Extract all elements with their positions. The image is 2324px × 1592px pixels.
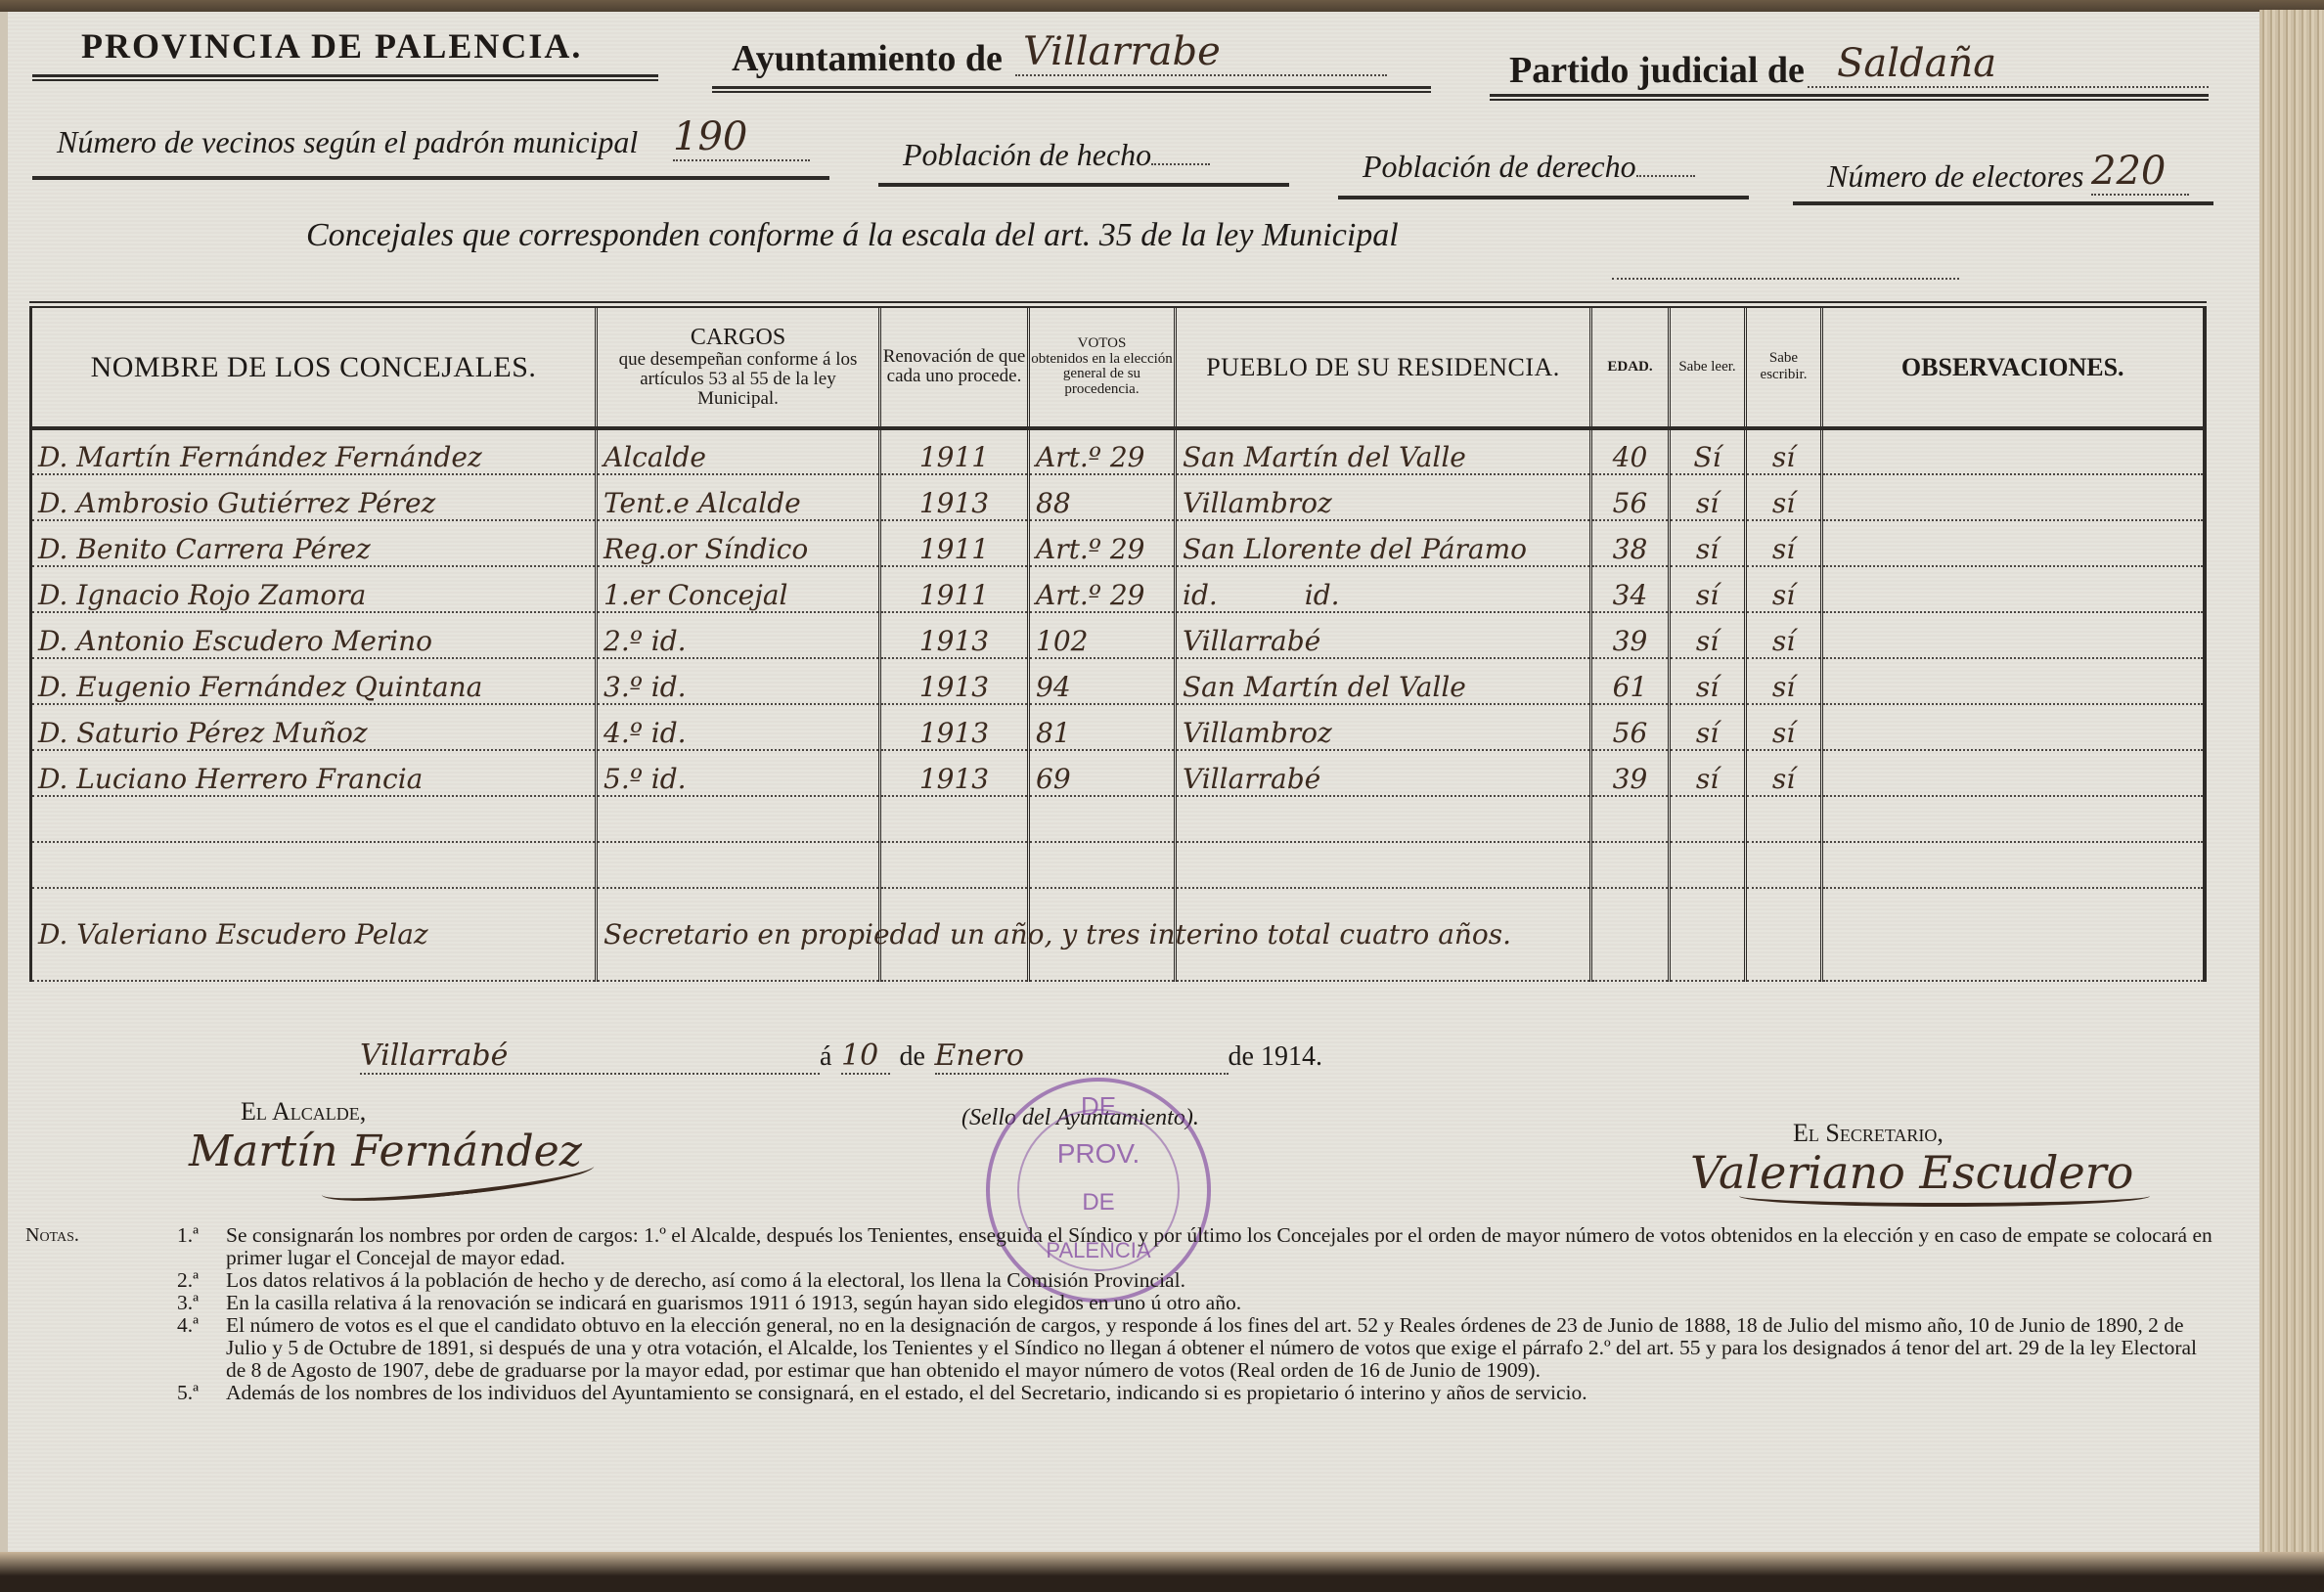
note-item: 1.ªSe consignarán los nombres por orden …	[25, 1224, 2216, 1269]
alcalde-label: El Alcalde,	[241, 1097, 366, 1127]
note-number: 1.ª	[177, 1224, 226, 1247]
cell-observaciones[interactable]	[1822, 796, 2205, 842]
electores-field[interactable]: 220	[2091, 149, 2189, 196]
cell-observaciones[interactable]	[1822, 520, 2205, 566]
table-row: D. Saturio Pérez Muñoz 4.º id. 1913 81 V…	[31, 704, 2205, 750]
cell-cargo[interactable]: 4.º id.	[597, 704, 880, 750]
cell-observaciones[interactable]	[1822, 658, 2205, 704]
table-row: D. Ambrosio Gutiérrez Pérez Tent.e Alcal…	[31, 474, 2205, 520]
cell-renovacion[interactable]: 1913	[880, 658, 1029, 704]
cell-renovacion[interactable]	[880, 842, 1029, 888]
place-date-line: Villarrabéá 10 de Enerode 1914.	[360, 1039, 1322, 1075]
col-escribir: Sabe escribir.	[1746, 305, 1822, 428]
census-rule	[1338, 196, 1749, 199]
cell-edad[interactable]: 56	[1591, 704, 1670, 750]
cell-cargo[interactable]: 1.er Concejal	[597, 566, 880, 612]
de-label: de	[900, 1041, 925, 1073]
col-cargos: CARGOSque desempeñan conforme á los artí…	[597, 305, 880, 428]
cell-edad[interactable]: 39	[1591, 750, 1670, 796]
cell-observaciones[interactable]	[1822, 750, 2205, 796]
col-edad: EDAD.	[1591, 305, 1670, 428]
note-text: Se consignarán los nombres por orden de …	[226, 1223, 2212, 1269]
note-item: 5.ªAdemás de los nombres de los individu…	[25, 1382, 2216, 1404]
partido-judicial-field[interactable]: Saldaña	[1808, 41, 2209, 88]
header-rule	[32, 74, 658, 81]
cell-votos[interactable]: Art.º 29	[1029, 520, 1176, 566]
note-item: 3.ªEn la casilla relativa á la renovació…	[25, 1292, 2216, 1314]
month-field[interactable]: Enero	[935, 1039, 1229, 1075]
cell-escribir[interactable]: sí	[1746, 658, 1822, 704]
ayuntamiento-field[interactable]: Villarrabe	[1015, 29, 1387, 76]
cell-leer[interactable]: sí	[1670, 566, 1746, 612]
cell-renovacion[interactable]: 1911	[880, 566, 1029, 612]
cell-leer[interactable]	[1670, 796, 1746, 842]
cell-nombre[interactable]	[31, 796, 597, 842]
cell-leer[interactable]: sí	[1670, 520, 1746, 566]
cell-edad[interactable]	[1591, 796, 1670, 842]
secretary-row: D. Valeriano Escudero Pelaz Secretario e…	[31, 888, 2205, 981]
place-field[interactable]: Villarrabé	[360, 1039, 820, 1075]
cell-edad[interactable]: 40	[1591, 428, 1670, 474]
cell-edad[interactable]: 39	[1591, 612, 1670, 658]
stamp-text-top: DE	[990, 1091, 1207, 1122]
cell-cargo[interactable]: 5.º id.	[597, 750, 880, 796]
cell-leer[interactable]	[1670, 842, 1746, 888]
cell-cargo[interactable]: Reg.or Síndico	[597, 520, 880, 566]
cell-votos[interactable]: 69	[1029, 750, 1176, 796]
cell-escribir[interactable]: sí	[1746, 566, 1822, 612]
cell-edad[interactable]: 61	[1591, 658, 1670, 704]
cell-observaciones[interactable]	[1822, 612, 2205, 658]
col-observaciones: OBSERVACIONES.	[1822, 305, 2205, 428]
col-renovacion: Renovación de que cada uno procede.	[880, 305, 1029, 428]
cell-pueblo[interactable]: San Martín del Valle	[1176, 658, 1591, 704]
table-row-empty	[31, 796, 2205, 842]
cell-votos[interactable]	[1029, 796, 1176, 842]
cell-cargo[interactable]: Alcalde	[597, 428, 880, 474]
cell-cargo[interactable]	[597, 796, 880, 842]
cell-renovacion[interactable]: 1913	[880, 704, 1029, 750]
concejales-field[interactable]	[1612, 278, 1959, 280]
note-number: 5.ª	[177, 1382, 226, 1404]
cell-observaciones[interactable]	[1822, 704, 2205, 750]
document-page: PROVINCIA DE PALENCIA. Ayuntamiento de V…	[0, 12, 2259, 1552]
header-rule	[1490, 94, 2209, 101]
cell-leer[interactable]: sí	[1670, 612, 1746, 658]
concejales-table: NOMBRE DE LOS CONCEJALES. CARGOSque dese…	[29, 301, 2207, 982]
cell-pueblo[interactable]: id. id.	[1176, 566, 1591, 612]
secretary-note[interactable]: Secretario en propiedad un año, y tres i…	[597, 888, 880, 981]
note-text: Además de los nombres de los individuos …	[226, 1381, 1587, 1404]
partido-judicial-label: Partido judicial de	[1509, 49, 1805, 92]
secretario-signature-flourish	[1739, 1185, 2150, 1207]
cell-escribir[interactable]: sí	[1746, 704, 1822, 750]
year-label: de 1914.	[1229, 1041, 1322, 1073]
cell-escribir[interactable]: sí	[1746, 612, 1822, 658]
table-row: D. Benito Carrera Pérez Reg.or Síndico 1…	[31, 520, 2205, 566]
census-rule	[878, 183, 1289, 187]
table-row: D. Luciano Herrero Francia 5.º id. 1913 …	[31, 750, 2205, 796]
note-text: Los datos relativos á la población de he…	[226, 1268, 1185, 1292]
cell-escribir[interactable]: sí	[1746, 520, 1822, 566]
cell-observaciones[interactable]	[1822, 566, 2205, 612]
cell-observaciones[interactable]	[1822, 474, 2205, 520]
cell-pueblo[interactable]	[1176, 842, 1591, 888]
cell-pueblo[interactable]	[1176, 796, 1591, 842]
cell-votos[interactable]: Art.º 29	[1029, 566, 1176, 612]
vecinos-field[interactable]: 190	[673, 114, 810, 161]
cell-nombre[interactable]: D. Ignacio Rojo Zamora	[31, 566, 597, 612]
col-nombre: NOMBRE DE LOS CONCEJALES.	[31, 305, 597, 428]
cell-renovacion[interactable]	[880, 796, 1029, 842]
cell-escribir[interactable]: sí	[1746, 428, 1822, 474]
note-number: 4.ª	[177, 1314, 226, 1337]
col-votos: VOTOSobtenidos en la elección general de…	[1029, 305, 1176, 428]
cell-nombre[interactable]: D. Saturio Pérez Muñoz	[31, 704, 597, 750]
secretario-label: El Secretario,	[1793, 1119, 1944, 1148]
cell-edad[interactable]	[1591, 842, 1670, 888]
electores-label: Número de electores	[1827, 158, 2083, 195]
cell-observaciones[interactable]	[1822, 842, 2205, 888]
table-header-row: NOMBRE DE LOS CONCEJALES. CARGOSque dese…	[31, 305, 2205, 428]
cell-escribir[interactable]: sí	[1746, 474, 1822, 520]
cell-pueblo[interactable]: San Martín del Valle	[1176, 428, 1591, 474]
table-row: D. Antonio Escudero Merino 2.º id. 1913 …	[31, 612, 2205, 658]
secretary-name[interactable]: D. Valeriano Escudero Pelaz	[31, 888, 597, 981]
ayuntamiento-label: Ayuntamiento de	[732, 37, 1003, 80]
cell-edad[interactable]: 38	[1591, 520, 1670, 566]
table-row: D. Eugenio Fernández Quintana 3.º id. 19…	[31, 658, 2205, 704]
cell-nombre[interactable]: D. Luciano Herrero Francia	[31, 750, 597, 796]
cell-leer[interactable]: sí	[1670, 658, 1746, 704]
cell-renovacion[interactable]: 1911	[880, 520, 1029, 566]
note-text: El número de votos es el que el candidat…	[226, 1313, 2197, 1382]
cell-pueblo[interactable]: San Llorente del Páramo	[1176, 520, 1591, 566]
cell-nombre[interactable]: D. Antonio Escudero Merino	[31, 612, 597, 658]
cell-pueblo[interactable]: Villarrabé	[1176, 612, 1591, 658]
stamp-text-middle: PROV.	[990, 1138, 1207, 1170]
cell-nombre[interactable]: D. Martín Fernández Fernández	[31, 428, 597, 474]
cell-escribir[interactable]	[1746, 842, 1822, 888]
cell-nombre[interactable]: D. Eugenio Fernández Quintana	[31, 658, 597, 704]
cell-cargo[interactable]: 2.º id.	[597, 612, 880, 658]
census-rule	[32, 176, 829, 180]
poblacion-derecho-field[interactable]	[1636, 175, 1695, 177]
concejales-title: Concejales que corresponden conforme á l…	[306, 217, 1399, 254]
poblacion-hecho-field[interactable]	[1151, 163, 1210, 165]
vecinos-label: Número de vecinos según el padrón munici…	[57, 124, 638, 160]
header-rule	[712, 86, 1431, 93]
cell-leer[interactable]: sí	[1670, 750, 1746, 796]
note-item: 4.ªEl número de votos es el que el candi…	[25, 1314, 2216, 1382]
cell-nombre[interactable]: D. Ambrosio Gutiérrez Pérez	[31, 474, 597, 520]
cell-votos[interactable]	[1029, 842, 1176, 888]
page-edges	[2259, 10, 2324, 1565]
note-item: 2.ªLos datos relativos á la población de…	[25, 1269, 2216, 1292]
cell-votos[interactable]: Art.º 29	[1029, 428, 1176, 474]
cell-cargo[interactable]	[597, 842, 880, 888]
table-row-empty	[31, 842, 2205, 888]
cell-renovacion[interactable]: 1913	[880, 612, 1029, 658]
cell-votos[interactable]: 81	[1029, 704, 1176, 750]
cell-cargo[interactable]: Tent.e Alcalde	[597, 474, 880, 520]
cell-leer[interactable]: sí	[1670, 704, 1746, 750]
stamp-text-lower: DE	[990, 1189, 1207, 1216]
notes-section: Notas. 1.ªSe consignarán los nombres por…	[25, 1224, 2216, 1404]
note-number: 2.ª	[177, 1269, 226, 1292]
table-row: D. Martín Fernández Fernández Alcalde 19…	[31, 428, 2205, 474]
day-field[interactable]: 10	[841, 1039, 890, 1075]
book-bottom-edge	[0, 1552, 2324, 1592]
note-number: 3.ª	[177, 1292, 226, 1314]
cell-observaciones[interactable]	[1822, 428, 2205, 474]
cell-edad[interactable]: 56	[1591, 474, 1670, 520]
poblacion-derecho-label: Población de derecho	[1363, 149, 1695, 185]
col-leer: Sabe leer.	[1670, 305, 1746, 428]
cell-renovacion[interactable]: 1913	[880, 474, 1029, 520]
table-row: D. Ignacio Rojo Zamora 1.er Concejal 191…	[31, 566, 2205, 612]
note-text: En la casilla relativa á la renovación s…	[226, 1291, 1241, 1314]
cell-renovacion[interactable]: 1913	[880, 750, 1029, 796]
cell-nombre[interactable]: D. Benito Carrera Pérez	[31, 520, 597, 566]
cell-pueblo[interactable]: Villambroz	[1176, 474, 1591, 520]
cell-leer[interactable]: sí	[1670, 474, 1746, 520]
cell-votos[interactable]: 88	[1029, 474, 1176, 520]
cell-renovacion[interactable]: 1911	[880, 428, 1029, 474]
col-pueblo: PUEBLO DE SU RESIDENCIA.	[1176, 305, 1591, 428]
cell-cargo[interactable]: 3.º id.	[597, 658, 880, 704]
census-rule	[1793, 201, 2213, 205]
poblacion-hecho-label: Población de hecho	[903, 137, 1210, 173]
cell-nombre[interactable]	[31, 842, 597, 888]
cell-pueblo[interactable]: Villambroz	[1176, 704, 1591, 750]
cell-leer[interactable]: Sí	[1670, 428, 1746, 474]
cell-edad[interactable]: 34	[1591, 566, 1670, 612]
province-title: PROVINCIA DE PALENCIA.	[81, 25, 582, 66]
cell-escribir[interactable]: sí	[1746, 750, 1822, 796]
cell-votos[interactable]: 94	[1029, 658, 1176, 704]
cell-pueblo[interactable]: Villarrabé	[1176, 750, 1591, 796]
cell-votos[interactable]: 102	[1029, 612, 1176, 658]
cell-escribir[interactable]	[1746, 796, 1822, 842]
a-label: á	[820, 1041, 831, 1073]
